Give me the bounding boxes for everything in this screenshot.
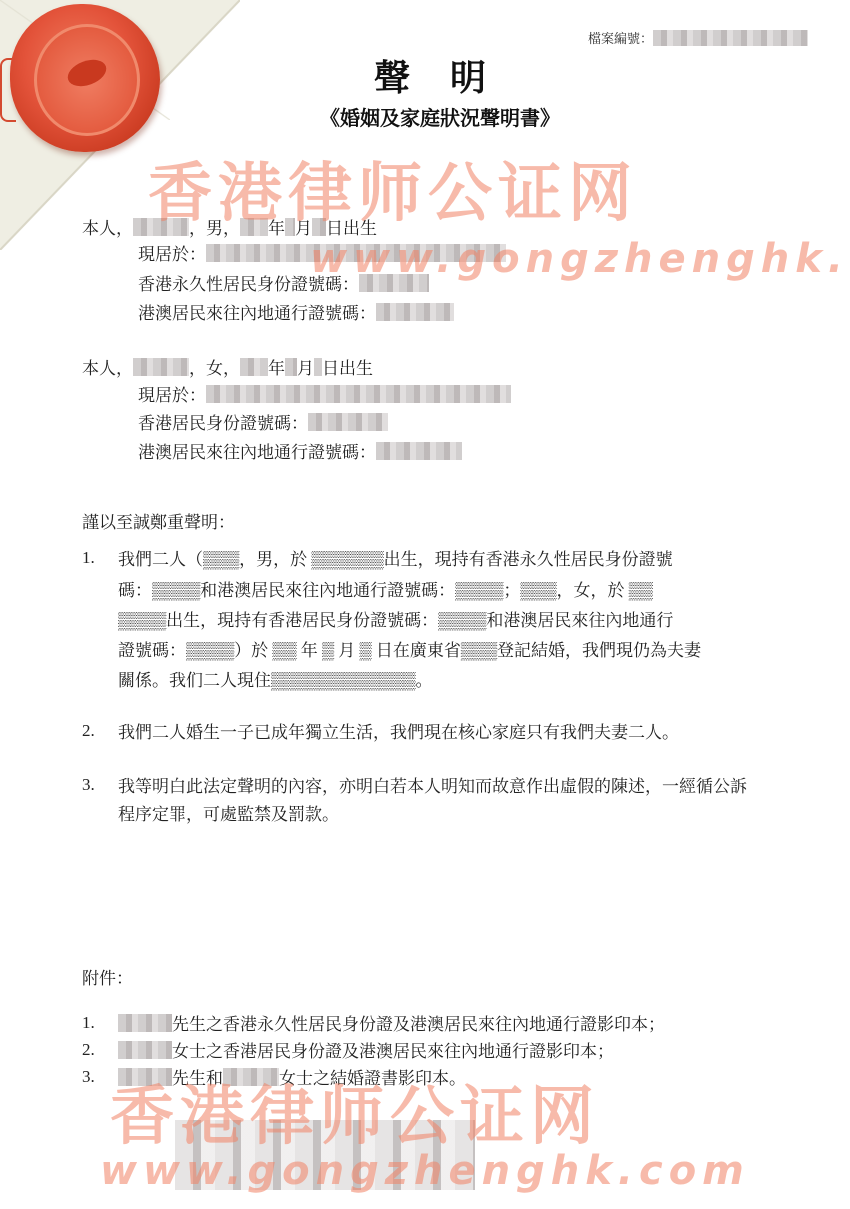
statement-number: 3.	[82, 775, 118, 795]
attachments-heading: 附件：	[82, 964, 133, 989]
male-permit-line: 港澳居民來往內地通行證號碼：	[138, 299, 454, 324]
file-number-redacted	[653, 30, 808, 46]
year-label: 年	[268, 214, 285, 239]
redacted-address	[206, 244, 506, 262]
page-title: 聲明	[0, 50, 850, 101]
statement-1-line-2: 碼：▒▒▒▒和港澳居民來往內地通行證號碼：▒▒▒▒；▒▒▒，女，於 ▒▒	[118, 576, 653, 601]
statement-1-line-3: ▒▒▒▒出生，現持有香港居民身份證號碼：▒▒▒▒和港澳居民來往內地通行	[118, 606, 673, 631]
redacted-name	[133, 218, 189, 236]
female-intro-line: 本人， ，女， 年 月 日出生	[82, 354, 373, 379]
redacted-hkid	[308, 413, 388, 431]
statement-text: 我等明白此法定聲明的內容，亦明白若本人明知而故意作出虛假的陳述，一經循公訴	[118, 772, 747, 797]
attachment-number: 3.	[82, 1067, 118, 1087]
year-label: 年	[268, 354, 285, 379]
male-residence-line: 現居於：	[138, 240, 506, 265]
attachment-1: 1. 先生之香港永久性居民身份證及港澳居民來往內地通行證影印本；	[82, 1010, 665, 1035]
born-label: 日出生	[322, 354, 373, 379]
redacted-name	[133, 358, 189, 376]
redacted-permit	[376, 442, 462, 460]
redacted-permit	[376, 303, 454, 321]
redacted-signature	[175, 1120, 475, 1190]
gender-label: ，男，	[189, 214, 240, 239]
born-label: 日出生	[326, 214, 377, 239]
redacted-year	[240, 358, 268, 376]
statement-1-line-4: 證號碼：▒▒▒▒）於 ▒▒ 年 ▒ 月 ▒ 日在廣東省▒▒▒登記結婚，我們現仍為…	[118, 636, 701, 661]
statement-3-line-1: 3. 我等明白此法定聲明的內容，亦明白若本人明知而故意作出虛假的陳述，一經循公訴	[82, 772, 747, 797]
redacted-name	[223, 1068, 279, 1086]
redacted-hkid	[359, 274, 429, 292]
statement-number: 1.	[82, 548, 118, 568]
month-label: 月	[297, 354, 314, 379]
statement-text: 我們二人婚生一子已成年獨立生活，我們現在核心家庭只有我們夫妻二人。	[118, 718, 679, 743]
statement-text: 我們二人（▒▒▒，男，於 ▒▒▒▒▒▒出生，現持有香港永久性居民身份證號	[118, 545, 673, 570]
statement-1-line-5: 關係。我们二人現住▒▒▒▒▒▒▒▒▒▒▒▒。	[118, 666, 433, 691]
redacted-year	[240, 218, 268, 236]
attachment-text: 女士之結婚證書影印本。	[279, 1064, 466, 1089]
attachment-number: 1.	[82, 1013, 118, 1033]
gender-label: ，女，	[189, 354, 240, 379]
attachment-number: 2.	[82, 1040, 118, 1060]
redacted-name	[118, 1014, 172, 1032]
permit-label: 港澳居民來往內地通行證號碼：	[138, 438, 376, 463]
redacted-month	[285, 358, 297, 376]
attachment-text: 女士之香港居民身份證及港澳居民來往內地通行證影印本；	[172, 1037, 614, 1062]
attachment-text: 先生之香港永久性居民身份證及港澳居民來往內地通行證影印本；	[172, 1010, 665, 1035]
attachment-2: 2. 女士之香港居民身份證及港澳居民來往內地通行證影印本；	[82, 1037, 614, 1062]
file-number-label: 檔案編號：	[588, 28, 653, 47]
residence-label: 現居於：	[138, 381, 206, 406]
redacted-day	[312, 218, 326, 236]
redacted-address	[206, 385, 511, 403]
redacted-name	[118, 1041, 172, 1059]
redacted-name	[118, 1068, 172, 1086]
hkid-label: 香港永久性居民身份證號碼：	[138, 270, 359, 295]
page-subtitle: 《婚姻及家庭狀況聲明書》	[320, 102, 560, 131]
female-permit-line: 港澳居民來往內地通行證號碼：	[138, 438, 462, 463]
statement-3-line-2: 程序定罪，可處監禁及罰款。	[118, 800, 339, 825]
intro-label: 本人，	[82, 354, 133, 379]
statement-1-line-1: 1. 我們二人（▒▒▒，男，於 ▒▒▒▒▒▒出生，現持有香港永久性居民身份證號	[82, 545, 673, 570]
female-hkid-line: 香港居民身份證號碼：	[138, 409, 388, 434]
permit-label: 港澳居民來往內地通行證號碼：	[138, 299, 376, 324]
redacted-day	[314, 358, 322, 376]
female-residence-line: 現居於：	[138, 381, 511, 406]
attachment-text: 先生和	[172, 1064, 223, 1089]
male-hkid-line: 香港永久性居民身份證號碼：	[138, 270, 429, 295]
male-intro-line: 本人， ，男， 年 月 日出生	[82, 214, 377, 239]
attachment-3: 3. 先生和 女士之結婚證書影印本。	[82, 1064, 466, 1089]
redacted-month	[285, 218, 295, 236]
declaration-intro: 謹以至誠鄭重聲明：	[82, 508, 235, 533]
file-number: 檔案編號：	[588, 28, 808, 47]
month-label: 月	[295, 214, 312, 239]
statement-2: 2. 我們二人婚生一子已成年獨立生活，我們現在核心家庭只有我們夫妻二人。	[82, 718, 679, 743]
residence-label: 現居於：	[138, 240, 206, 265]
statement-number: 2.	[82, 721, 118, 741]
hkid-label: 香港居民身份證號碼：	[138, 409, 308, 434]
intro-label: 本人，	[82, 214, 133, 239]
